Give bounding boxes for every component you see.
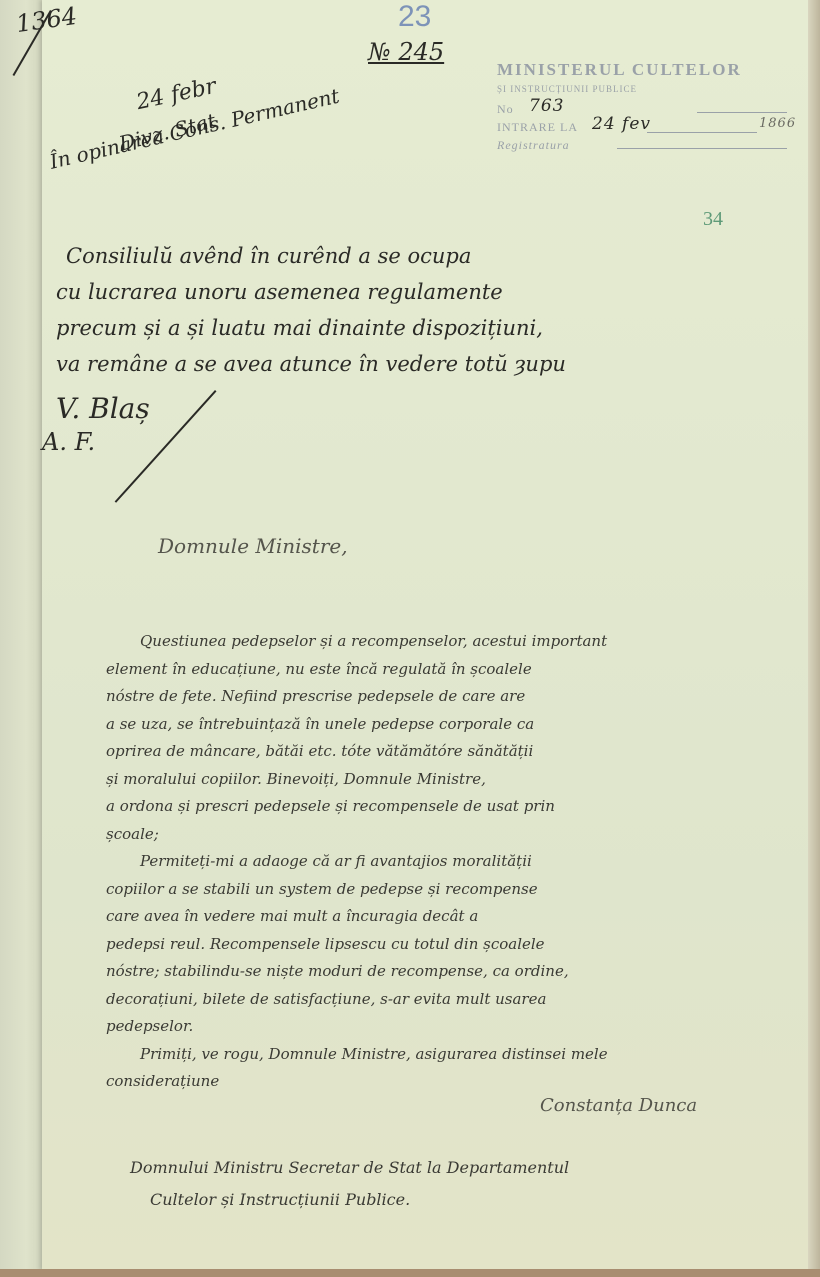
letter-p2-line-7: pedepselor. [106,1017,193,1035]
page-bottom-edge [0,1269,820,1277]
ministry-stamp: MINISTERUL CULTELOR ȘI INSTRUCȚIUNII PUB… [497,60,797,156]
letter-p1-line-2: element în educațiune, nu este încă regu… [106,660,532,678]
stamp-year: 1866 [759,116,796,131]
letter-p2-line-2: copiilor a se stabili un system de pedep… [106,880,538,898]
letter-p2-line-4: pedepsi reul. Recompensele lipsescu cu t… [106,935,545,953]
resolution-line-2: cu lucrarea unoru asemenea regulamente [56,280,503,304]
registry-number: № 245 [368,38,444,66]
letter-p1-line-7: a ordona și prescri pedepsele și recompe… [106,797,555,815]
letter-p2-line-5: nóstre; stabilindu-se niște moduri de re… [106,962,569,980]
letter-p2-line-1: Permiteți-mi a adaoge că ar fi avantajio… [140,852,532,870]
stamp-intrare-value: 24 fev [592,114,651,134]
stamp-intrare-row: INTRARE LA 24 fev 1866 [497,120,797,138]
addressee-line-1: Domnului Ministru Secretar de Stat la De… [130,1158,569,1177]
stamp-number-value: 763 [529,96,564,116]
letter-closing-line-1: Primiți, ve rogu, Domnule Ministre, asig… [140,1045,608,1063]
letter-p1-line-5: oprirea de mâncare, bătăi etc. tóte vătă… [106,742,533,760]
letter-p1-line-8: școale; [106,825,159,843]
stamp-registru-row: Registratura [497,138,797,156]
letter-p1-line-1: Questiunea pedepselor și a recompenselor… [140,632,607,650]
letter-signature: Constanța Dunca [540,1095,697,1116]
letter-p1-line-3: nóstre de fete. Nefiind prescrise pedeps… [106,687,525,705]
blue-page-number: 23 [398,0,431,34]
page-right-edge [808,0,820,1277]
stamp-title: MINISTERUL CULTELOR [497,60,797,84]
letter-p1-line-4: a se uza, se întrebuințază în unele pede… [106,715,534,733]
addressee-line-2: Cultelor și Instrucțiunii Publice. [150,1190,410,1209]
binding-edge [0,0,44,1277]
resolution-line-1: Consiliulŭ avênd în curênd a se ocupa [66,244,471,268]
letter-salutation: Domnule Ministre, [158,534,348,558]
letter-p1-line-6: și moralului copiilor. Binevoiți, Domnul… [106,770,486,788]
letter-p2-line-6: decorațiuni, bilete de satisfacțiune, s-… [106,990,546,1008]
resolution-line-4: va remâne a se avea atunce în vedere tot… [56,352,566,376]
letter-p2-line-3: care avea în vedere mai mult a încuragia… [106,907,478,925]
resolution-line-3: precum și a și luatu mai dinainte dispoz… [56,316,543,340]
green-folio-number: 34 [703,208,723,231]
stamp-number-label: No [497,102,514,116]
resolution-signature: V. Blaș [56,392,150,425]
stamp-intrare-label: INTRARE LA [497,120,578,134]
resolution-initials: A. F. [42,428,95,456]
letter-closing-line-2: considerațiune [106,1072,219,1090]
stamp-registru-label: Registratura [497,138,570,152]
